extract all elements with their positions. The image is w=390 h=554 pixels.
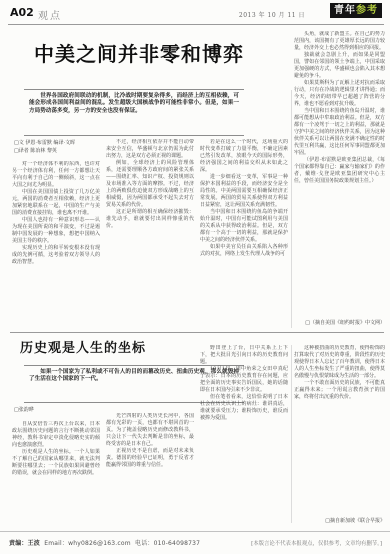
article2-column-4: 这种被扭曲的历史教育，使得粉饰的打算取代了对历史的尊重，阶段性的历史观使得日本人…: [294, 345, 385, 514]
article1-source-credit: □（摘自美国《纽约时报》中文网）: [286, 319, 385, 326]
article1-column-3: 若是在这么一个时代，这场重大的时代变革打破了力量平衡，不确定因素已然引发改革，放…: [200, 139, 288, 328]
body-paragraph: 光芒四射的人类历史长河中，各国都有光彩的一页，也都有不堪回首的一页。为了掩盖侵略…: [106, 413, 194, 448]
article1-intro-text: 世界各国政府间联动的机制，比冷战时期要复杂得多，而经济上的互相依赖，可能会形成各…: [29, 93, 239, 115]
article1-intro-box: 世界各国政府间联动的机制，比冷战时期要复杂得多，而经济上的互相依赖，可能会形成各…: [24, 89, 244, 136]
body-paragraph: 当中国和日本围绕钓鱼岛的争端开始升温时，中国有可能试图利用与美国的关系从中获得政…: [200, 209, 288, 244]
body-paragraph: 但在笔者看来，这恰恰说明了日本社会在历史认识上的病灶：谁讲真话，谁就要承受压力；…: [200, 394, 288, 422]
body-paragraph: 这正是所谓的相互确保经济摧毁：谁先动手，谁就要付出同样惨重的代价。: [106, 209, 194, 230]
body-paragraph: 中国人也持有一种意识形态——认为现在美国所说的和平演变，不过是遏制中国发展的一种…: [12, 217, 100, 245]
footer-editor: 责编：王波: [9, 540, 40, 547]
article2-byline: □张韵晔: [14, 406, 34, 414]
masthead-text-2: 参考: [356, 5, 378, 16]
footer-contact: 责编：王波 Email：why0826@163.com 电话：010-64098…: [9, 538, 200, 547]
footer-disclaimer: [本版言论不代表本报观点，仅供参考，文章均有删节。]: [251, 539, 382, 547]
edition-number: A02: [10, 6, 34, 19]
body-paragraph: 历史观是人生的坐标。一个人如果不了解自己的国家从哪里来，就无法判断要往哪里去；一…: [12, 449, 100, 477]
article1-headline: 中美之间并非零和博弈: [34, 38, 264, 67]
page-footer: 责编：王波 Email：why0826@163.com 电话：010-64098…: [0, 536, 390, 550]
header-rule: [8, 24, 384, 25]
body-paragraph: 若是在这么一个时代，这场重大的时代变革打破了力量平衡，不确定因素已然引发改革，放…: [200, 139, 288, 174]
body-paragraph: 正视历史不是自虐，而是对未来负责。德国的经验早已证明，勇于反省才能赢得邻国的尊重…: [106, 448, 194, 469]
page-header: A02 观点 2013 年 10 月 11 日 青年参考: [0, 0, 390, 26]
body-paragraph: 例如，全球经济上的风险管理体系，还需要理顺各方政府间的紧张关系——围绕汇率、知识…: [106, 160, 194, 209]
body-paragraph: 10月1日，田中角荣之女田中真纪子表示：日本的历史教育存在问题，应把全面的历史事…: [200, 366, 288, 394]
article2-headline: 历史观是人生的坐标: [20, 337, 146, 356]
body-paragraph: 如果中美官员任由关系陷入各种形式的对抗，网络上发生代理人战争的可: [200, 244, 288, 258]
article2-column-1: 自从安倍晋三再次上台以来，日本政坛围绕历史问题的言行不断挑动邻国神经，教科书审定…: [12, 421, 100, 526]
article2-source-credit: □摘自新加坡《联合早报》: [286, 517, 385, 524]
body-paragraph: 自从安倍晋三再次上台以来，日本政坛围绕历史问题的言行不断挑动邻国神经，教科书审定…: [12, 421, 100, 449]
body-paragraph: 头角，就成了新盟主。在自己的势力范围内，该国拥有了更雄厚长远的国力较量，经济外交…: [294, 31, 385, 52]
footer-phone: 电话：010-64098737: [135, 540, 200, 547]
article1-column-1: 对一个经济体不利的东西，也许对另一个经济体有利，任何一方都想让天平向有利于自己的…: [12, 161, 100, 328]
body-paragraph: 对一个经济体不利的东西，也许对另一个经济体有利，任何一方都想让天平向有利于自己的…: [12, 161, 100, 189]
body-paragraph: 一个不敢直面历史的民族，不可能真正赢得未来；一个用谎言教育孩子的国家，终将付出沉…: [294, 380, 385, 401]
masthead-text-1: 青年: [334, 5, 356, 16]
footer-email: Email：why0826@163.com: [44, 540, 131, 547]
body-paragraph: 独裁就会急剧上升，而如果是同盟国，譬如在邻国的领土争端上，中国采取更加强硬的方式…: [294, 52, 385, 80]
article2-column-3: 野田登上了台，日中关系上上下下，把大批目光引向日本的历史教育问题。10月1日，田…: [200, 345, 288, 526]
body-paragraph: 进一步细看这一变革，军事是一种保护本国利益的手段，而经济安全是全局性的。中美两国…: [200, 174, 288, 209]
column-rule: [291, 90, 292, 328]
body-paragraph: （伊恩·布雷默是欧亚集团总裁，《每个国家都得靠自己：赢家与输家们》的作者，戴维·…: [294, 157, 385, 185]
section-name: 观点: [38, 7, 62, 22]
article1-column-4: 头角，就成了新盟主。在自己的势力范围内，该国拥有了更雄厚长远的国力较量，经济外交…: [294, 31, 385, 317]
issue-date: 2013 年 10 月 11 日: [239, 10, 305, 19]
article2-column-2: 光芒四射的人类历史长河中，各国都有光彩的一页，也都有不堪回首的一页。为了掩盖侵略…: [106, 413, 194, 526]
body-paragraph: 不过，经济相互依存并不能自动带来安全互信，华盛顿与北京仍需为此付出努力，这是双方…: [106, 139, 194, 160]
body-paragraph: 这种被扭曲的历史教育，使得粉饰的打算取代了对历史的尊重，阶段性的历史观使得日本人…: [294, 345, 385, 380]
body-paragraph: 野田登上了台，日中关系上上下下，把大批目光引向日本的历史教育问题。: [200, 345, 288, 366]
newspaper-page: A02 观点 2013 年 10 月 11 日 青年参考 中美之间并非零和博弈 …: [0, 0, 390, 554]
body-paragraph: 实现历史上的和平转变根本没有现成的先例可循，这考验着双方领导人的政治智慧。: [12, 245, 100, 266]
body-paragraph: 中国在美国国债上投资了几万亿美元，两国的消费者互相依赖，经济上更加紧密地联系在一…: [12, 189, 100, 217]
article-divider-rule: [10, 332, 384, 333]
masthead-badge: 青年参考: [330, 3, 382, 18]
column-rule: [291, 345, 292, 523]
article1-column-2: 不过，经济相互依存并不能自动带来安全互信，华盛顿与北京仍需为此付出努力，这是双方…: [106, 139, 194, 328]
article1-byline: □文 伊恩·布雷默 编译·文晖 □译者 陈冶林 黎英: [14, 139, 75, 155]
article1-byline-translator: □译者 陈冶林 黎英: [14, 147, 75, 155]
body-paragraph: 当中国和日本围绕钓鱼岛升温时，谁都可能想从中牟取政治利益。但是，双方都有一个凌驾…: [294, 108, 385, 157]
article1-byline-author: □文 伊恩·布雷默 编译·文晖: [14, 139, 75, 147]
body-paragraph: 如果莫斯科为了瓦解上述对抗而采取行动，只有在冷战的逻辑里才讲得通；而今天，经济的…: [294, 80, 385, 108]
footer-rule: [0, 531, 390, 532]
